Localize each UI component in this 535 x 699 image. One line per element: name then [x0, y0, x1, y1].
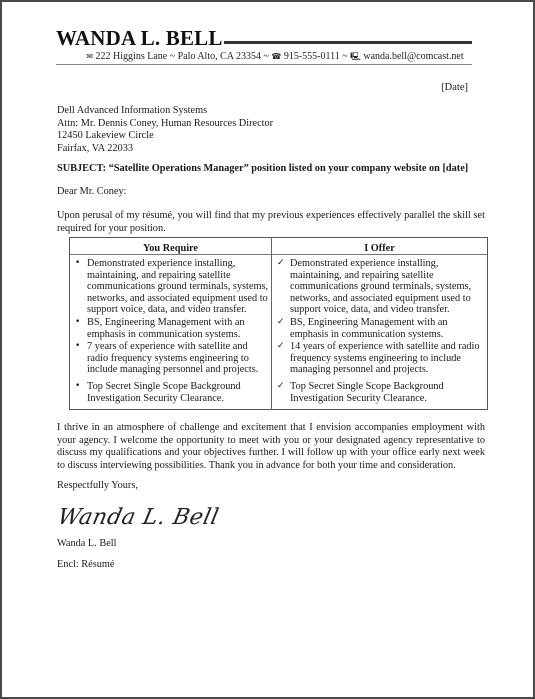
intro-paragraph: Upon perusal of my résumé, you will find…: [57, 210, 485, 235]
subject-line: SUBJECT: “Satellite Operations Manager” …: [57, 163, 485, 176]
bullet-icon: •: [75, 381, 80, 393]
bullet-icon: •: [75, 317, 80, 329]
comparison-table: You Require •Demonstrated experience ins…: [69, 237, 488, 410]
bullet-icon: •: [75, 258, 80, 270]
name-row: WANDA L. BELL: [56, 28, 472, 48]
contact-email: wanda.bell@comcast.net: [363, 51, 463, 62]
letterhead: WANDA L. BELL ✉ 222 Higgins Lane ~ Palo …: [56, 28, 472, 65]
enclosure-note: Encl: Résumé: [57, 559, 485, 572]
requirements-list: •Demonstrated experience installing, mai…: [70, 258, 271, 404]
name-rule-divider: [224, 41, 472, 44]
handwritten-signature: Wanda L. Bell: [55, 505, 221, 530]
bullet-icon: •: [75, 341, 80, 353]
phone-icon: ☎: [271, 52, 281, 61]
checkmark-icon: ✓: [277, 341, 285, 353]
contact-line: ✉ 222 Higgins Lane ~ Palo Alto, CA 23354…: [78, 51, 472, 65]
offers-column: I Offer ✓Demonstrated experience install…: [272, 238, 487, 409]
applicant-name: WANDA L. BELL: [56, 28, 223, 48]
requirement-item: •BS, Engineering Management with an emph…: [70, 317, 271, 340]
valediction: Respectfully Yours,: [57, 480, 485, 493]
requirements-header: You Require: [70, 238, 271, 255]
recipient-company: Dell Advanced Information Systems: [57, 105, 485, 118]
signed-name: Wanda L. Bell: [57, 538, 485, 551]
requirement-item: •7 years of experience with satellite an…: [70, 341, 271, 376]
offer-item: ✓Top Secret Single Scope Background Inve…: [272, 381, 487, 404]
contact-address: 222 Higgins Lane ~ Palo Alto, CA 23354 ~: [96, 51, 269, 62]
envelope-icon: ✉: [86, 52, 93, 61]
offers-list: ✓Demonstrated experience installing, mai…: [272, 258, 487, 404]
letter-date: [Date]: [441, 82, 468, 93]
contact-rule-divider: [56, 64, 472, 65]
offer-item: ✓Demonstrated experience installing, mai…: [272, 258, 487, 316]
offers-header: I Offer: [272, 238, 487, 255]
offer-item: ✓14 years of experience with satellite a…: [272, 341, 487, 376]
closing-paragraph: I thrive in an atmosphere of challenge a…: [57, 422, 485, 472]
computer-icon: 🖳: [350, 52, 361, 61]
salutation: Dear Mr. Coney:: [57, 186, 485, 199]
recipient-attention: Attn: Mr. Dennis Coney, Human Resources …: [57, 118, 485, 131]
recipient-city: Fairfax, VA 22033: [57, 143, 485, 156]
contact-phone: 915-555-0111 ~: [284, 51, 348, 62]
checkmark-icon: ✓: [277, 258, 285, 270]
letter-page: WANDA L. BELL ✉ 222 Higgins Lane ~ Palo …: [0, 0, 535, 699]
offer-item: ✓BS, Engineering Management with an emph…: [272, 317, 487, 340]
requirement-item: •Top Secret Single Scope Background Inve…: [70, 381, 271, 404]
recipient-street: 12450 Lakeview Circle: [57, 130, 485, 143]
requirements-column: You Require •Demonstrated experience ins…: [70, 238, 272, 409]
requirement-item: •Demonstrated experience installing, mai…: [70, 258, 271, 316]
recipient-block: Dell Advanced Information Systems Attn: …: [57, 105, 485, 155]
checkmark-icon: ✓: [277, 317, 285, 329]
checkmark-icon: ✓: [277, 381, 285, 393]
